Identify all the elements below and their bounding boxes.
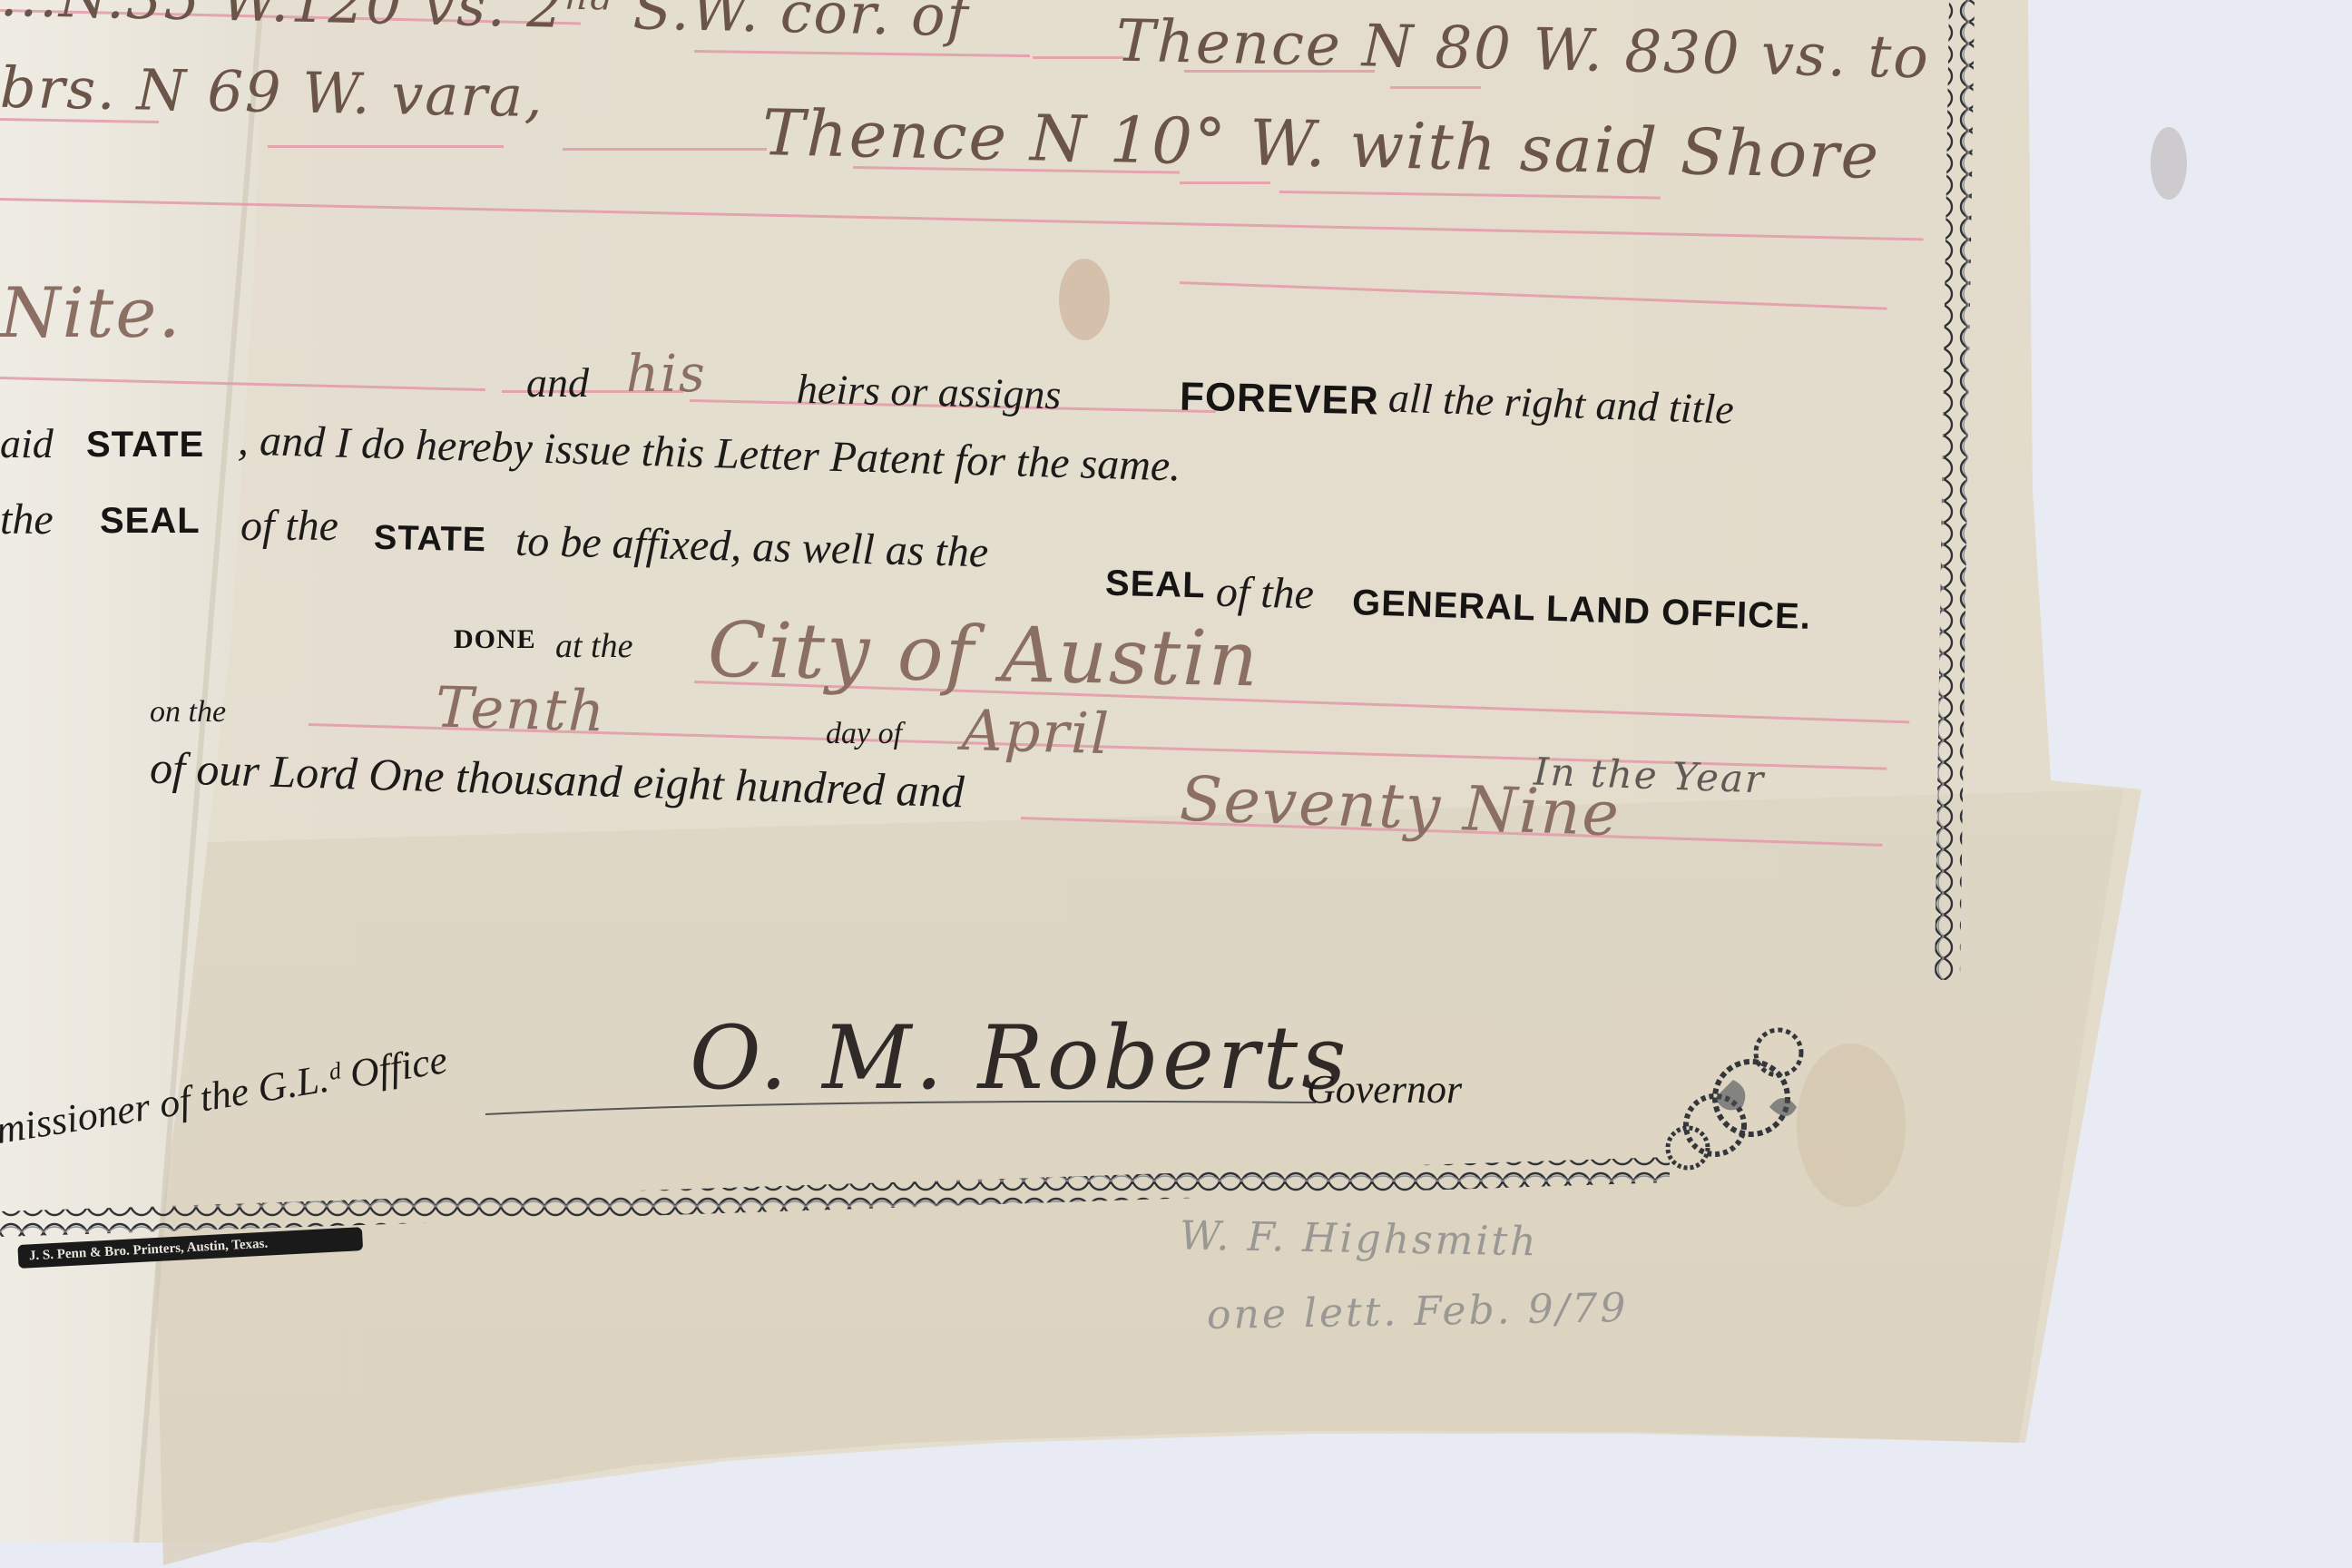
pencil-note-line2: one lett. Feb. 9/79 — [1207, 1285, 1629, 1338]
ornamental-border — [0, 0, 2352, 1568]
pencil-note-line1: W. F. Highsmith — [1180, 1213, 1539, 1266]
letter-patent-document: ...N.35 W.120 vs. 2ⁿᵈ S.W. cor. of Thenc… — [0, 0, 2352, 1568]
corner-ornament-icon — [1668, 1030, 1801, 1168]
